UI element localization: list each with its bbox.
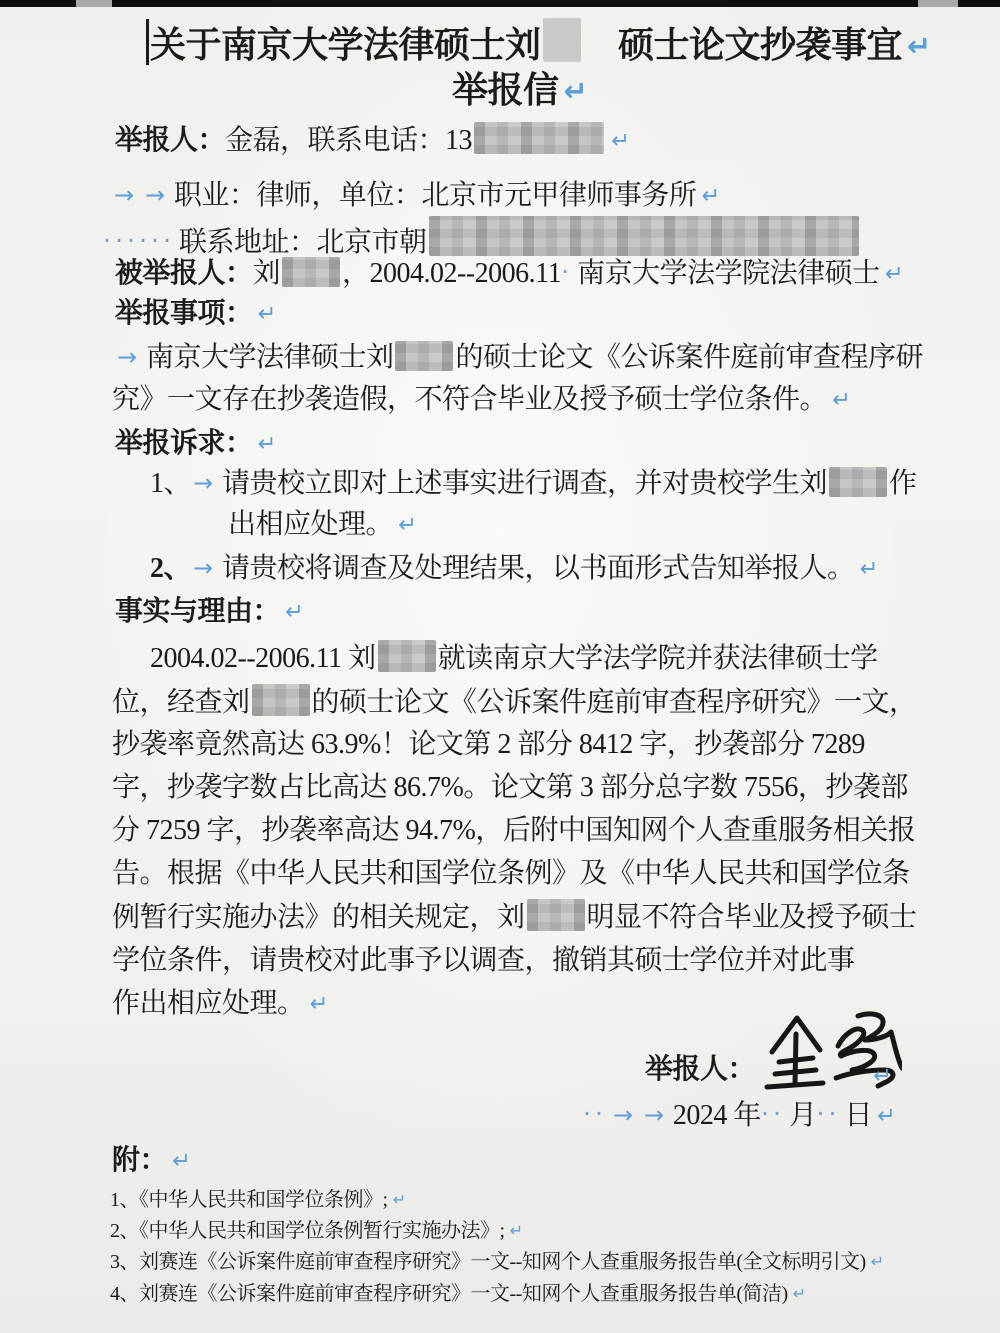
text-run: 关于南京大学法律硕士刘	[150, 25, 541, 65]
pilcrow-mark: ↵	[701, 183, 720, 209]
pilcrow-mark: ↵	[885, 261, 904, 287]
text-run: 事实与理由：	[115, 596, 280, 627]
top-edge-notch	[918, 0, 958, 7]
matter-para-line-1: →南京大学法律硕士刘的硕士论文《公诉案件庭前审查程序研	[115, 340, 923, 375]
text-run: 的硕士论文《公诉案件庭前审查程序研	[455, 342, 923, 373]
demands-heading: 举报诉求：↵	[115, 426, 276, 461]
tab-arrow-mark: →	[114, 181, 134, 209]
text-run: 作	[889, 468, 917, 499]
attachments-heading: 附：↵	[112, 1143, 191, 1178]
date-line: ··→→2024 年··月··日↵	[583, 1098, 896, 1133]
tab-arrow-mark: →	[117, 343, 137, 371]
pilcrow-mark: ↵	[871, 1252, 884, 1271]
text-run: ，2004.02--2006.11	[342, 258, 561, 289]
demand-2-line: 2、→请贵校将调查及处理结果，以书面形式告知举报人。↵	[150, 551, 878, 586]
occupation-line: →→职业：律师，单位：北京市元甲律师事务所↵	[112, 178, 720, 213]
facts-line-4: 字，抄袭字数占比高达 86.7%。论文第 3 部分总字数 7556，抄袭部	[112, 770, 908, 805]
facts-line-8: 学位条件，请贵校对此事予以调查，撤销其硕士学位并对此事	[112, 943, 855, 978]
redaction-blur	[527, 899, 585, 931]
redaction-blur	[378, 640, 436, 672]
pilcrow-mark: ↵	[393, 1190, 406, 1209]
text-run: 举报诉求：	[115, 428, 253, 459]
tab-arrow-mark: →	[193, 554, 213, 582]
text-run: 2、	[150, 553, 191, 584]
text-run: 南京大学法律硕士刘	[146, 342, 394, 373]
text-run: 究》一文存在抄袭造假，不符合毕业及授予硕士学位条件。	[112, 384, 827, 415]
pilcrow-mark: ↵	[258, 301, 277, 327]
top-edge-bar	[0, 0, 1000, 7]
respondent-line: 被举报人：刘，2004.02--2006.11·南京大学法学院法律硕士↵	[115, 256, 903, 291]
tab-arrow-mark: →	[193, 469, 213, 497]
text-run: 4、刘赛连《公诉案件庭前审查程序研究》一文--知网个人查重服务报告单(简洁)	[110, 1283, 788, 1305]
attachment-1: 1、《中华人民共和国学位条例》;↵	[110, 1188, 406, 1213]
pilcrow-mark: ↵	[873, 1063, 892, 1089]
pilcrow-mark: ↵	[172, 1148, 191, 1174]
text-run: 月	[789, 1100, 817, 1131]
pilcrow-mark: ↵	[832, 387, 851, 413]
text-run: 南京大学法学院法律硕士	[577, 258, 880, 289]
text-run: 举报事项：	[115, 298, 253, 329]
pilcrow-mark: ↵	[611, 128, 630, 154]
facts-heading: 事实与理由：↵	[115, 594, 304, 629]
pilcrow-mark: ↵	[859, 556, 878, 582]
pilcrow-mark: ↵	[310, 991, 329, 1017]
top-edge-notch	[76, 0, 112, 7]
text-run: 职业：律师，单位：北京市元甲律师事务所	[174, 180, 697, 211]
attachment-2: 2、《中华人民共和国学位条例暂行实施办法》;↵	[110, 1219, 523, 1244]
text-run: 1、	[150, 468, 191, 499]
facts-line-5: 分 7259 字，抄袭率高达 94.7%，后附中国知网个人查重服务相关报	[112, 813, 915, 848]
pilcrow-mark: ↵	[510, 1221, 523, 1240]
pilcrow-mark: ↵	[793, 1284, 806, 1303]
pilcrow-mark: ↵	[285, 599, 304, 625]
text-run: 举报人：	[645, 1054, 755, 1085]
facts-line-1: 2004.02--2006.11 刘就读南京大学法学院并获法律硕士学	[150, 640, 878, 676]
text-run: 3、刘赛连《公诉案件庭前审查程序研究》一文--知网个人查重服务报告单(全文标明引…	[110, 1251, 866, 1273]
report-matter-heading: 举报事项：↵	[115, 296, 276, 331]
text-run: 2024 年	[673, 1100, 761, 1131]
pilcrow-mark: ↵	[258, 431, 277, 457]
text-run: 金磊，联系电话：13	[225, 125, 472, 156]
demand-1-line-1: 1、→请贵校立即对上述事实进行调查，并对贵校学生刘作	[150, 466, 917, 501]
text-run: 硕士论文抄袭事宜	[583, 25, 903, 65]
text-run: 被举报人：	[115, 258, 253, 289]
text-run: 刘	[253, 258, 281, 289]
text-run: 明显不符合毕业及授予硕士	[587, 902, 917, 933]
attachment-4: 4、刘赛连《公诉案件庭前审查程序研究》一文--知网个人查重服务报告单(简洁)↵	[110, 1282, 806, 1307]
matter-para-line-2: 究》一文存在抄袭造假，不符合毕业及授予硕士学位条件。↵	[112, 382, 851, 417]
text-run: 举报信	[452, 70, 559, 110]
signature-pilcrow: ↵	[868, 1058, 892, 1093]
text-run: 分 7259 字，抄袭率高达 94.7%，后附中国知网个人查重服务相关报	[112, 815, 915, 846]
text-run: 例暂行实施办法》的相关规定，刘	[112, 902, 525, 933]
text-run: 日	[844, 1100, 872, 1131]
pilcrow-mark: ↵	[398, 512, 417, 538]
text-run: 就读南京大学法学院并获法律硕士学	[438, 643, 878, 674]
text-run: 作出相应处理。	[112, 988, 305, 1019]
space-dots-mark: ··	[761, 1099, 785, 1128]
text-run: 请贵校立即对上述事实进行调查，并对贵校学生刘	[222, 468, 827, 499]
title-line-2: 举报信↵	[452, 68, 588, 113]
tab-arrow-mark: →	[613, 1101, 633, 1129]
redaction-blur	[543, 18, 581, 62]
text-run: 告。根据《中华人民共和国学位条例》及《中华人民共和国学位条	[112, 858, 910, 889]
redaction-blur	[252, 684, 310, 716]
signature-label-line: 举报人：	[645, 1052, 755, 1087]
text-run: 出相应处理。	[228, 509, 393, 540]
demand-1-line-2: 出相应处理。↵	[228, 507, 417, 542]
text-run: 的硕士论文《公诉案件庭前审查程序研究》一文，	[312, 687, 917, 718]
redaction-blur	[282, 257, 340, 287]
space-dots-mark: ······	[103, 226, 175, 255]
tab-arrow-mark: →	[644, 1101, 664, 1129]
text-run: 2、《中华人民共和国学位条例暂行实施办法》;	[110, 1220, 505, 1242]
pilcrow-mark: ↵	[564, 74, 588, 108]
text-run: 附：	[112, 1145, 167, 1176]
document-page: 关于南京大学法律硕士刘 硕士论文抄袭事宜↵举报信↵举报人：金磊，联系电话：13↵…	[0, 0, 1000, 1333]
tab-arrow-mark: →	[145, 181, 165, 209]
text-cursor	[146, 19, 149, 65]
facts-line-2: 位，经查刘的硕士论文《公诉案件庭前审查程序研究》一文，	[112, 684, 917, 720]
text-run: 1、《中华人民共和国学位条例》;	[110, 1189, 388, 1211]
attachment-3: 3、刘赛连《公诉案件庭前审查程序研究》一文--知网个人查重服务报告单(全文标明引…	[110, 1250, 884, 1275]
redaction-blur	[474, 122, 604, 154]
redaction-blur	[395, 341, 453, 371]
pilcrow-mark: ↵	[877, 1103, 896, 1129]
facts-line-7: 例暂行实施办法》的相关规定，刘明显不符合毕业及授予硕士	[112, 899, 917, 935]
text-run: 联系地址：北京市朝	[179, 227, 427, 258]
text-run: 位，经查刘	[112, 687, 250, 718]
text-run: 字，抄袭字数占比高达 86.7%。论文第 3 部分总字数 7556，抄袭部	[112, 772, 908, 803]
space-dots-mark: ·	[561, 257, 573, 286]
text-run: 2004.02--2006.11 刘	[150, 643, 376, 674]
reporter-line: 举报人：金磊，联系电话：13↵	[115, 122, 630, 158]
facts-line-9: 作出相应处理。↵	[112, 986, 328, 1021]
text-run: 抄袭率竟然高达 63.9%！论文第 2 部分 8412 字，抄袭部分 7289	[112, 729, 865, 760]
text-run: 学位条件，请贵校对此事予以调查，撤销其硕士学位并对此事	[112, 945, 855, 976]
space-dots-mark: ··	[816, 1099, 840, 1128]
space-dots-mark: ··	[583, 1099, 607, 1128]
text-run: 请贵校将调查及处理结果，以书面形式告知举报人。	[222, 553, 855, 584]
text-run: 举报人：	[115, 125, 225, 156]
title-line-1: 关于南京大学法律硕士刘 硕士论文抄袭事宜↵	[146, 18, 931, 68]
address-line: ······联系地址：北京市朝	[103, 216, 861, 260]
facts-line-3: 抄袭率竟然高达 63.9%！论文第 2 部分 8412 字，抄袭部分 7289	[112, 727, 865, 762]
redaction-blur	[829, 467, 887, 497]
facts-line-6: 告。根据《中华人民共和国学位条例》及《中华人民共和国学位条	[112, 856, 910, 891]
redaction-blur	[429, 216, 859, 256]
pilcrow-mark: ↵	[907, 29, 931, 63]
